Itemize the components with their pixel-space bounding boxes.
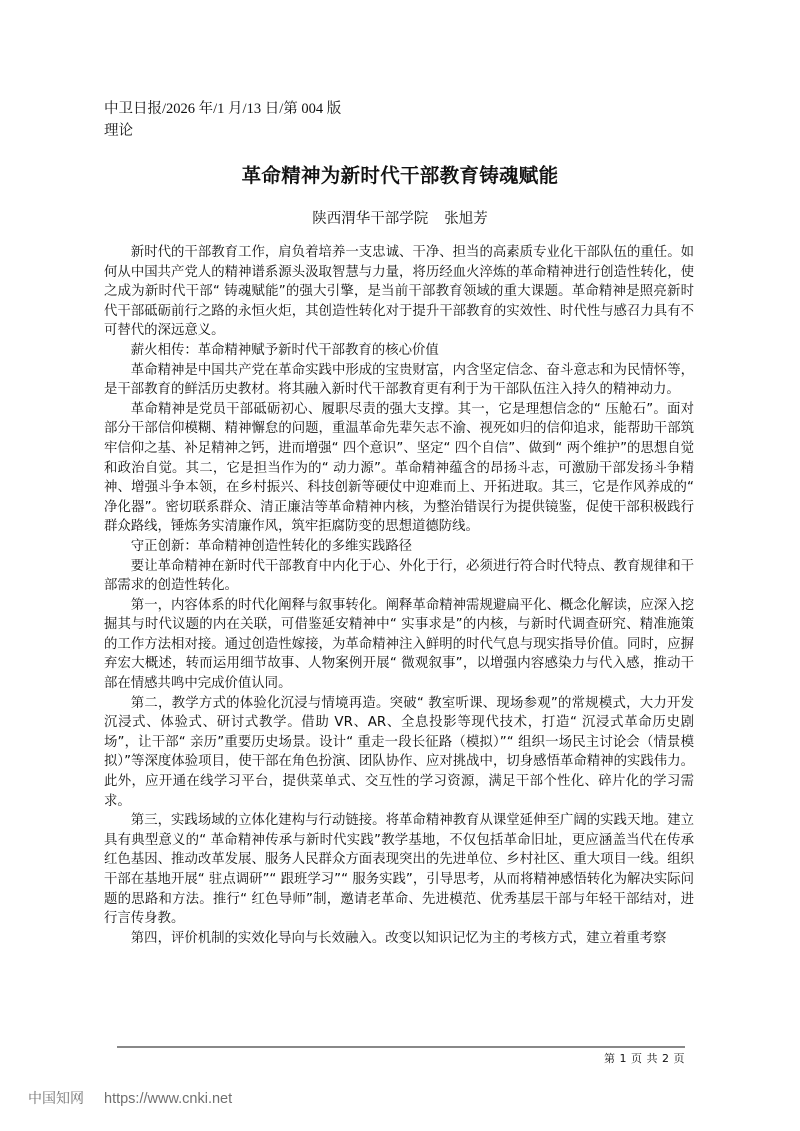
page-indicator: 第 1 页 共 2 页: [604, 1050, 685, 1066]
section-heading: 守正创新：革命精神创造性转化的多维实践路径: [104, 537, 694, 557]
watermark-url[interactable]: https://www.cnki.net: [104, 1091, 232, 1107]
article-title: 革命精神为新时代干部教育铸魂赋能: [0, 160, 800, 188]
paragraph: 第一，内容体系的时代化阐释与叙事转化。阐释革命精神需规避扁平化、概念化解读，应深…: [104, 596, 694, 694]
paragraph: 要让革命精神在新时代干部教育中内化于心、外化于行，必须进行符合时代特点、教育规律…: [104, 557, 694, 596]
publication-meta: 中卫日报/2026 年/1 月/13 日/第 004 版 理论: [104, 98, 341, 142]
footer-divider: [117, 1046, 685, 1048]
paragraph: 第三，实践场域的立体化建构与行动链接。将革命精神教育从课堂延伸至广阔的实践天地。…: [104, 811, 694, 929]
author-affiliation: 陕西渭华干部学院: [312, 211, 428, 227]
source-line: 中卫日报/2026 年/1 月/13 日/第 004 版: [104, 98, 341, 120]
paragraph: 第二，教学方式的体验化沉浸与情境再造。突破“ 教室听课、现场参观”的常规模式，大…: [104, 694, 694, 812]
paragraph: 新时代的干部教育工作，肩负着培养一支忠诚、干净、担当的高素质专业化干部队伍的重任…: [104, 243, 694, 341]
document-page: 中卫日报/2026 年/1 月/13 日/第 004 版 理论 革命精神为新时代…: [0, 0, 800, 1131]
paragraph: 革命精神是党员干部砥砺初心、履职尽责的强大支撑。其一，它是理想信念的“ 压舱石”…: [104, 400, 694, 537]
author-name: 张旭芳: [444, 211, 488, 227]
paragraph: 第四，评价机制的实效化导向与长效融入。改变以知识记忆为主的考核方式，建立着重考察: [104, 929, 694, 949]
article-body: 新时代的干部教育工作，肩负着培养一支忠诚、干净、担当的高素质专业化干部队伍的重任…: [104, 243, 694, 948]
paragraph: 革命精神是中国共产党在革命实践中形成的宝贵财富，内含坚定信念、奋斗意志和为民情怀…: [104, 361, 694, 400]
column-label: 理论: [104, 120, 341, 142]
section-heading: 薪火相传：革命精神赋予新时代干部教育的核心价值: [104, 341, 694, 361]
byline: 陕西渭华干部学院张旭芳: [0, 207, 800, 228]
watermark-brand: 中国知网: [28, 1091, 84, 1107]
cnki-watermark: 中国知网https://www.cnki.net: [28, 1088, 232, 1108]
